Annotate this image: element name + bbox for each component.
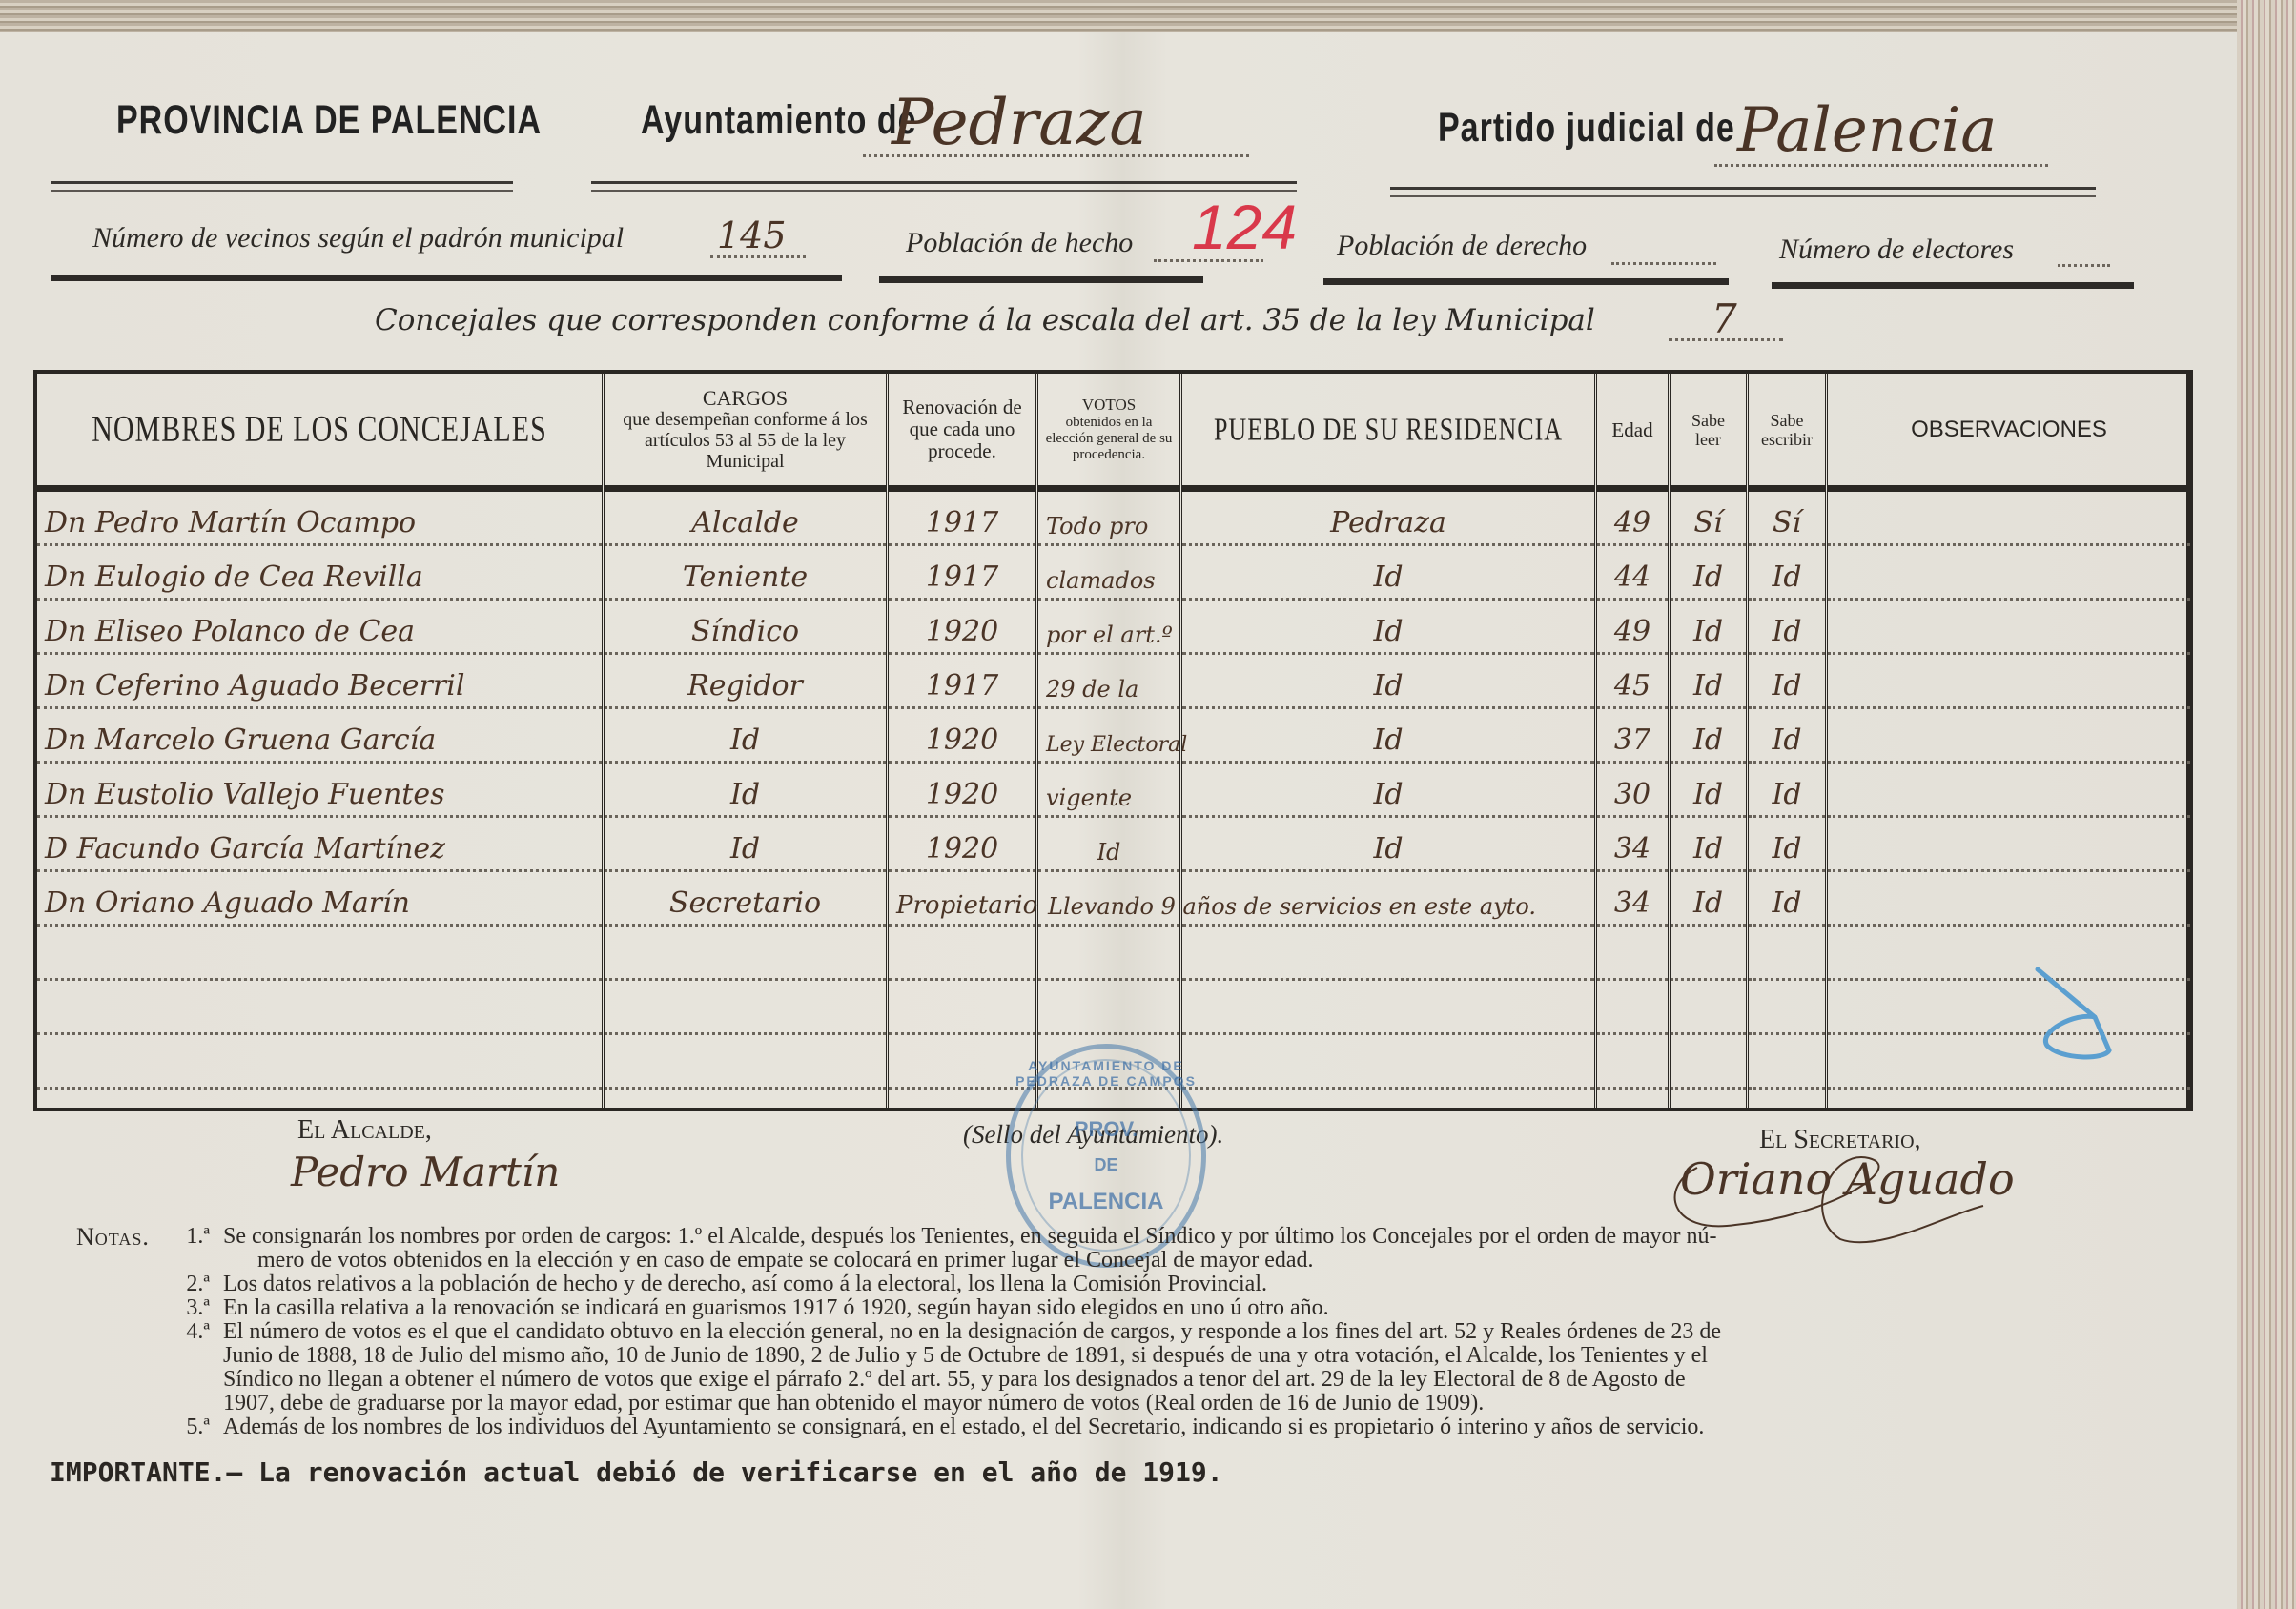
cell-nombre: D Facundo García Martínez bbox=[45, 832, 594, 866]
table-row: 30 bbox=[1597, 764, 1668, 818]
table-row bbox=[1597, 981, 1668, 1035]
table-row bbox=[1182, 981, 1594, 1035]
table-row bbox=[1828, 764, 2190, 818]
vecinos-label: Número de vecinos según el padrón munici… bbox=[92, 222, 624, 255]
cell-votos: por el art.º bbox=[1046, 621, 1172, 648]
cell-escribir: Id bbox=[1756, 723, 1817, 757]
header-nombres: NOMBRES DE LOS CONCEJALES bbox=[37, 374, 602, 492]
table-row: Id bbox=[1671, 872, 1746, 927]
cell-cargo: Alcalde bbox=[612, 506, 878, 540]
cell-leer: Id bbox=[1678, 615, 1738, 648]
table-row: Pedraza bbox=[1182, 492, 1594, 546]
cell-leer: Id bbox=[1678, 560, 1738, 594]
cell-nombre: Dn Eustolio Vallejo Fuentes bbox=[45, 778, 594, 811]
electores-label: Número de electores bbox=[1779, 234, 2014, 266]
cell-renovacion: 1920 bbox=[896, 723, 1028, 757]
cell-leer: Id bbox=[1678, 778, 1738, 811]
cell-edad: 44 bbox=[1605, 560, 1660, 594]
table-row: 1917 bbox=[889, 655, 1035, 709]
header-votos: VOTOS obtenidos en la elección general d… bbox=[1038, 374, 1179, 492]
table-row bbox=[1038, 981, 1179, 1035]
cell-nombre: Dn Ceferino Aguado Becerril bbox=[45, 669, 594, 703]
table-row: Ley Electoral bbox=[1038, 709, 1179, 764]
table-row: Id bbox=[1749, 872, 1825, 927]
table-row bbox=[1597, 927, 1668, 981]
note-3: 3.ª En la casilla relativa a la renovaci… bbox=[76, 1296, 2174, 1320]
cell-cargo: Id bbox=[612, 832, 878, 866]
table-row: 44 bbox=[1597, 546, 1668, 601]
column-pueblo: PUEBLO DE SU RESIDENCIA Pedraza Id Id Id… bbox=[1179, 374, 1594, 1108]
table-row: por el art.º bbox=[1038, 601, 1179, 655]
table-row: Id bbox=[1182, 546, 1594, 601]
table-row: Dn Ceferino Aguado Becerril bbox=[37, 655, 602, 709]
cell-cargo: Síndico bbox=[612, 615, 878, 648]
cell-escribir: Id bbox=[1756, 560, 1817, 594]
cell-votos: Llevando 9 años de servicios en este ayt… bbox=[1048, 893, 1172, 920]
table-row bbox=[605, 981, 886, 1035]
header-edad-label: Edad bbox=[1611, 420, 1652, 439]
note-number: 2.ª bbox=[76, 1273, 223, 1296]
importante-notice: IMPORTANTE.– La renovación actual debió … bbox=[50, 1456, 1223, 1488]
table-row: Id bbox=[1671, 546, 1746, 601]
table-row bbox=[1749, 927, 1825, 981]
table-row: Id bbox=[1749, 709, 1825, 764]
note-5: 5.ª Además de los nombres de los individ… bbox=[76, 1416, 2174, 1439]
rule bbox=[1390, 187, 2096, 197]
table-row bbox=[1828, 546, 2190, 601]
table-row: Id bbox=[1671, 601, 1746, 655]
column-escribir: Sabe escribir Sí Id Id Id Id Id Id Id bbox=[1746, 374, 1825, 1108]
cell-pueblo: Id bbox=[1190, 560, 1587, 594]
table-row: Id bbox=[1749, 655, 1825, 709]
blue-pencil-mark-icon bbox=[2019, 965, 2152, 1069]
cell-pueblo: Pedraza bbox=[1190, 506, 1587, 540]
column-renovacion: Renovación de que cada uno procede. 1917… bbox=[886, 374, 1035, 1108]
cell-votos: 29 de la bbox=[1046, 676, 1172, 703]
header-pueblo-label: PUEBLO DE SU RESIDENCIA bbox=[1214, 411, 1563, 448]
table-row: Dn Eustolio Vallejo Fuentes bbox=[37, 764, 602, 818]
table-row: 49 bbox=[1597, 492, 1668, 546]
cell-pueblo: Id bbox=[1190, 669, 1587, 703]
cell-edad: 34 bbox=[1605, 832, 1660, 866]
notes-label: Notas. bbox=[76, 1225, 150, 1249]
table-row: Regidor bbox=[605, 655, 886, 709]
rule bbox=[591, 181, 1297, 192]
table-row bbox=[1828, 601, 2190, 655]
cell-cargo: Id bbox=[612, 723, 878, 757]
table-row: Id bbox=[1182, 764, 1594, 818]
table-row: Id bbox=[1182, 601, 1594, 655]
header-pueblo: PUEBLO DE SU RESIDENCIA bbox=[1182, 374, 1594, 492]
cell-renovacion: 1917 bbox=[896, 506, 1028, 540]
table-row: 1920 bbox=[889, 601, 1035, 655]
provincia-title: PROVINCIA DE PALENCIA bbox=[116, 97, 542, 144]
cell-edad: 37 bbox=[1605, 723, 1660, 757]
table-row: 1917 bbox=[889, 492, 1035, 546]
table-row bbox=[1749, 1035, 1825, 1090]
table-row: Id bbox=[1671, 709, 1746, 764]
ayuntamiento-value: Pedraza bbox=[892, 86, 1147, 159]
table-row bbox=[1828, 655, 2190, 709]
table-row: Teniente bbox=[605, 546, 886, 601]
cell-nombre: Dn Eulogio de Cea Revilla bbox=[45, 560, 594, 594]
cell-renovacion: 1920 bbox=[896, 832, 1028, 866]
table-row bbox=[1828, 872, 2190, 927]
rule bbox=[1323, 278, 1729, 285]
table-row: 45 bbox=[1597, 655, 1668, 709]
header-votos-sub: obtenidos en la elección general de su p… bbox=[1038, 415, 1179, 463]
table-row: 1920 bbox=[889, 818, 1035, 872]
poblacion-derecho-label: Población de derecho bbox=[1337, 230, 1587, 262]
table-row bbox=[605, 1035, 886, 1090]
notes-section: Notas. 1.ª Se consignarán los nombres po… bbox=[76, 1225, 2174, 1439]
table-row: D Facundo García Martínez bbox=[37, 818, 602, 872]
cell-nombre: Dn Oriano Aguado Marín bbox=[45, 886, 594, 920]
table-row: Id bbox=[1749, 764, 1825, 818]
cell-renovacion: 1917 bbox=[896, 560, 1028, 594]
table-row bbox=[1828, 818, 2190, 872]
cell-leer: Id bbox=[1678, 669, 1738, 703]
poblacion-hecho-value: 124 bbox=[1192, 191, 1297, 263]
table-row: Id bbox=[1038, 818, 1179, 872]
cell-nombre: Dn Eliseo Polanco de Cea bbox=[45, 615, 594, 648]
header-renovacion-label: Renovación de que cada uno procede. bbox=[889, 397, 1035, 462]
table-row: Id bbox=[1749, 546, 1825, 601]
table-row bbox=[1671, 1035, 1746, 1090]
table-row bbox=[889, 981, 1035, 1035]
table-row bbox=[1597, 1035, 1668, 1090]
table-row: clamados bbox=[1038, 546, 1179, 601]
table-row: Id bbox=[1182, 655, 1594, 709]
partido-label: Partido judicial de bbox=[1438, 105, 1735, 152]
cell-pueblo: Id bbox=[1190, 832, 1587, 866]
table-row: Id bbox=[1749, 818, 1825, 872]
cell-cargo: Id bbox=[612, 778, 878, 811]
rule bbox=[51, 181, 513, 192]
cell-escribir: Sí bbox=[1756, 506, 1817, 540]
cell-escribir: Id bbox=[1756, 778, 1817, 811]
table-row: Id bbox=[1182, 709, 1594, 764]
cell-pueblo: Id bbox=[1190, 615, 1587, 648]
cell-pueblo: Id bbox=[1190, 723, 1587, 757]
cell-edad: 34 bbox=[1605, 886, 1660, 920]
header-votos-title: VOTOS bbox=[1082, 396, 1136, 415]
note-text: Se consignarán los nombres por orden de … bbox=[223, 1225, 2174, 1249]
table-row: 34 bbox=[1597, 818, 1668, 872]
vecinos-value: 145 bbox=[717, 214, 787, 256]
note-number: 5.ª bbox=[76, 1416, 223, 1439]
header-renovacion: Renovación de que cada uno procede. bbox=[889, 374, 1035, 492]
column-leer: Sabe leer Sí Id Id Id Id Id Id Id bbox=[1668, 374, 1746, 1108]
alcalde-label: El Alcalde, bbox=[297, 1115, 432, 1146]
table-row: Propietario bbox=[889, 872, 1035, 927]
poblacion-derecho-dotline bbox=[1611, 262, 1716, 265]
cell-votos: Todo pro bbox=[1046, 513, 1172, 540]
table-row bbox=[37, 927, 602, 981]
table-row bbox=[1749, 981, 1825, 1035]
cell-votos: Ley Electoral bbox=[1046, 733, 1172, 757]
cell-votos: vigente bbox=[1046, 784, 1172, 811]
table-row: Dn Marcelo Gruena García bbox=[37, 709, 602, 764]
cell-renovacion: 1920 bbox=[896, 778, 1028, 811]
cell-pueblo: Id bbox=[1190, 778, 1587, 811]
table-row: 29 de la bbox=[1038, 655, 1179, 709]
cell-nombre: Dn Pedro Martín Ocampo bbox=[45, 506, 594, 540]
rule bbox=[1772, 282, 2134, 289]
cell-edad: 45 bbox=[1605, 669, 1660, 703]
table-row: Secretario bbox=[605, 872, 886, 927]
header-observaciones: OBSERVACIONES bbox=[1828, 374, 2190, 492]
table-row: Alcalde bbox=[605, 492, 886, 546]
note-1: 1.ª Se consignarán los nombres por orden… bbox=[76, 1225, 2174, 1249]
cell-renovacion: Propietario bbox=[896, 891, 1028, 920]
cell-nombre: Dn Marcelo Gruena García bbox=[45, 723, 594, 757]
table-row: 49 bbox=[1597, 601, 1668, 655]
table-row: Sí bbox=[1749, 492, 1825, 546]
header-observaciones-label: OBSERVACIONES bbox=[1911, 417, 2107, 443]
cell-cargo: Secretario bbox=[612, 886, 878, 920]
table-row: Id bbox=[1671, 655, 1746, 709]
table-row bbox=[1671, 981, 1746, 1035]
table-row bbox=[37, 981, 602, 1035]
column-cargos: CARGOS que desempeñan conforme á los art… bbox=[602, 374, 886, 1108]
concejales-value: 7 bbox=[1712, 295, 1737, 342]
note-text: mero de votos obtenidos en la elección y… bbox=[76, 1249, 2174, 1273]
table-row: Id bbox=[605, 818, 886, 872]
concejales-label: Concejales que corresponden conforme á l… bbox=[375, 303, 1595, 337]
rule bbox=[51, 275, 842, 281]
cell-edad: 49 bbox=[1605, 506, 1660, 540]
alcalde-signature: Pedro Martín bbox=[291, 1149, 560, 1195]
note-2: 2.ª Los datos relativos a la población d… bbox=[76, 1273, 2174, 1296]
cell-leer: Id bbox=[1678, 832, 1738, 866]
cell-votos: Id bbox=[1046, 839, 1172, 866]
table-row bbox=[1828, 492, 2190, 546]
ayuntamiento-label: Ayuntamiento de bbox=[641, 97, 917, 144]
cell-escribir: Id bbox=[1756, 669, 1817, 703]
header-escribir-label: Sabe escribir bbox=[1749, 411, 1825, 449]
table-row: Id bbox=[605, 764, 886, 818]
cell-escribir: Id bbox=[1756, 615, 1817, 648]
cell-leer: Id bbox=[1678, 723, 1738, 757]
note-number: 4.ª bbox=[76, 1320, 223, 1344]
column-nombres: NOMBRES DE LOS CONCEJALES Dn Pedro Martí… bbox=[37, 374, 602, 1108]
note-text: En la casilla relativa a la renovación s… bbox=[223, 1296, 2174, 1320]
cell-leer: Sí bbox=[1678, 506, 1738, 540]
note-text: Además de los nombres de los individuos … bbox=[223, 1416, 2174, 1439]
table-row: 1920 bbox=[889, 764, 1035, 818]
header-cargos: CARGOS que desempeñan conforme á los art… bbox=[605, 374, 886, 492]
header-edad: Edad bbox=[1597, 374, 1668, 492]
table-row: Dn Eliseo Polanco de Cea bbox=[37, 601, 602, 655]
header-escribir: Sabe escribir bbox=[1749, 374, 1825, 492]
header-leer-label: Sabe leer bbox=[1671, 411, 1746, 449]
cell-escribir: Id bbox=[1756, 832, 1817, 866]
table-row: Dn Pedro Martín Ocampo bbox=[37, 492, 602, 546]
table-row bbox=[1182, 1035, 1594, 1090]
note-text: Los datos relativos a la población de he… bbox=[223, 1273, 2174, 1296]
note-text: Junio de 1888, 18 de Julio del mismo año… bbox=[76, 1344, 2174, 1368]
cell-escribir: Id bbox=[1756, 886, 1817, 920]
rule bbox=[879, 276, 1203, 283]
table-row bbox=[889, 927, 1035, 981]
note-number: 3.ª bbox=[76, 1296, 223, 1320]
table-row: Id bbox=[1671, 764, 1746, 818]
table-row bbox=[1182, 927, 1594, 981]
cell-renovacion: 1920 bbox=[896, 615, 1028, 648]
table-row: 1917 bbox=[889, 546, 1035, 601]
table-row: 37 bbox=[1597, 709, 1668, 764]
column-observaciones: OBSERVACIONES bbox=[1825, 374, 2190, 1108]
cell-votos: clamados bbox=[1046, 567, 1172, 594]
table-row: 34 bbox=[1597, 872, 1668, 927]
cell-edad: 30 bbox=[1605, 778, 1660, 811]
note-4: 4.ª El número de votos es el que el cand… bbox=[76, 1320, 2174, 1344]
header-cargos-title: CARGOS bbox=[703, 388, 788, 409]
table-row: Todo pro bbox=[1038, 492, 1179, 546]
book-page-edge-right bbox=[2237, 0, 2296, 1609]
table-row: Dn Oriano Aguado Marín bbox=[37, 872, 602, 927]
table-row bbox=[605, 927, 886, 981]
note-text: 1907, debe de graduarse por la mayor eda… bbox=[76, 1392, 2174, 1416]
table-row bbox=[1828, 709, 2190, 764]
note-text: El número de votos es el que el candidat… bbox=[223, 1320, 2174, 1344]
table-row: Id bbox=[605, 709, 886, 764]
table-row: Llevando 9 años de servicios en este ayt… bbox=[1038, 872, 1179, 927]
cell-cargo: Regidor bbox=[612, 669, 878, 703]
poblacion-hecho-label: Población de hecho bbox=[906, 227, 1133, 259]
cell-renovacion: 1917 bbox=[896, 669, 1028, 703]
table-row bbox=[1182, 872, 1594, 927]
table-row: Sí bbox=[1671, 492, 1746, 546]
partido-value: Palencia bbox=[1737, 95, 1997, 166]
column-edad: Edad 49 44 49 45 37 30 34 34 bbox=[1594, 374, 1668, 1108]
concejales-table: NOMBRES DE LOS CONCEJALES Dn Pedro Martí… bbox=[33, 370, 2193, 1111]
cell-leer: Id bbox=[1678, 886, 1738, 920]
table-row: 1920 bbox=[889, 709, 1035, 764]
table-row: vigente bbox=[1038, 764, 1179, 818]
cell-cargo: Teniente bbox=[612, 560, 878, 594]
table-row bbox=[37, 1035, 602, 1090]
electores-dotline bbox=[2058, 264, 2110, 267]
table-row: Id bbox=[1671, 818, 1746, 872]
note-text: Síndico no llegan a obtener el número de… bbox=[76, 1368, 2174, 1392]
cell-edad: 49 bbox=[1605, 615, 1660, 648]
table-row: Id bbox=[1749, 601, 1825, 655]
table-row bbox=[1671, 927, 1746, 981]
header-leer: Sabe leer bbox=[1671, 374, 1746, 492]
table-row: Dn Eulogio de Cea Revilla bbox=[37, 546, 602, 601]
header-nombres-label: NOMBRES DE LOS CONCEJALES bbox=[92, 408, 547, 450]
table-row: Id bbox=[1182, 818, 1594, 872]
table-row bbox=[1038, 927, 1179, 981]
column-votos: VOTOS obtenidos en la elección general d… bbox=[1035, 374, 1179, 1108]
table-row: Síndico bbox=[605, 601, 886, 655]
header-cargos-sub: que desempeñan conforme á los artículos … bbox=[605, 409, 886, 472]
